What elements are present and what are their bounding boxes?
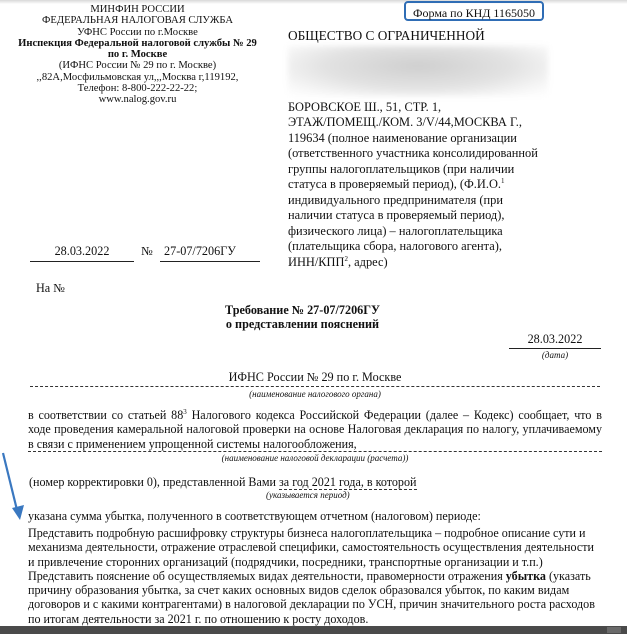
recipient-line: статуса в проверяемый период), (Ф.И.О.1 (288, 177, 618, 193)
period-caption: (указывается период) (266, 490, 350, 500)
date-caption: (дата) (509, 350, 601, 360)
reply-to: На № (36, 281, 65, 296)
recipient-line: ИНН/КПП2, адрес) (288, 255, 618, 271)
redacted-name (288, 46, 548, 96)
recipient-line: группы налогоплательщиков (при наличии (288, 162, 618, 178)
recipient-line: ЭТАЖ/ПОМЕЩ./КОМ. 3/V/44,МОСКВА Г., (288, 115, 618, 131)
document-title: Требование № 27-07/7206ГУ о представлени… (180, 303, 425, 331)
annotation-arrow-icon (0, 448, 30, 523)
recipient-org-type: ОБЩЕСТВО С ОГРАНИЧЕННОЙ (288, 28, 618, 44)
request-2: Представить пояснение об осуществляемых … (28, 569, 602, 626)
recipient-line: (ответственного участника консолидирован… (288, 146, 618, 162)
recipient-line: 119634 (полное наименование организации (288, 131, 618, 147)
recipient-line: физического лица) – налогоплательщика (288, 224, 618, 240)
scrollbar-thumb[interactable] (607, 627, 621, 633)
doc-date-number: 28.03.2022№27-07/7206ГУ (30, 244, 260, 262)
issuer-phone: Телефон: 8-800-222-22-22; (10, 83, 265, 94)
date-block: 28.03.2022 (дата) (509, 332, 601, 360)
issuer-website: www.nalog.gov.ru (10, 94, 265, 105)
issuer-header: МИНФИН РОССИИ ФЕДЕРАЛЬНАЯ НАЛОГОВАЯ СЛУЖ… (10, 4, 265, 106)
issuer-line: МИНФИН РОССИИ (10, 4, 265, 15)
doc-number: 27-07/7206ГУ (160, 244, 260, 262)
issuer-address: ,,82А,Мосфильмовская ул,,,Москва г,11919… (10, 72, 265, 83)
inspection-name: Инспекция Федеральной налоговой службы №… (10, 38, 265, 49)
body-paragraph-2: указана сумма убытка, полученного в соот… (28, 509, 602, 523)
period-value: за год 2021 года, в которой (279, 475, 416, 490)
recipient-line: наличии статуса в проверяемый период), (288, 208, 618, 224)
tax-organ: ИФНС России № 29 по г. Москве (наименова… (30, 370, 600, 399)
declaration-underline (28, 451, 602, 452)
form-code-highlight: Форма по КНД 1165050 (404, 1, 544, 21)
inspection-city: по г. Москве (10, 49, 265, 60)
doc-date: 28.03.2022 (30, 244, 134, 262)
tax-organ-caption: (наименование налогового органа) (30, 389, 600, 399)
recipient-line: (плательщика сбора, налогового агента), (288, 239, 618, 255)
body-paragraph-1: в соответствии со статьей 883 Налогового… (28, 408, 602, 451)
issuer-line: УФНС России по г.Москве (10, 27, 265, 38)
declaration-caption: (наименование налоговой декларации (расч… (28, 453, 602, 463)
inspection-short-name: (ИФНС России № 29 по г. Москве) (10, 60, 265, 71)
recipient-line: индивидуального предпринимателя (при (288, 193, 618, 209)
tax-organ-name: ИФНС России № 29 по г. Москве (30, 370, 600, 387)
recipient-block: ОБЩЕСТВО С ОГРАНИЧЕННОЙ БОРОВСКОЕ Ш., 51… (288, 28, 618, 270)
date-value: 28.03.2022 (509, 332, 601, 349)
correction-line: (номер корректировки 0), представленной … (29, 475, 417, 490)
issuer-line: ФЕДЕРАЛЬНАЯ НАЛОГОВАЯ СЛУЖБА (10, 15, 265, 26)
recipient-line: БОРОВСКОЕ Ш., 51, СТР. 1, (288, 100, 618, 116)
requests-block: Представить подробную расшифровку структ… (28, 526, 602, 626)
request-1: Представить подробную расшифровку структ… (28, 526, 602, 569)
number-sign: № (134, 244, 160, 259)
window-bottom-bar (0, 626, 627, 634)
